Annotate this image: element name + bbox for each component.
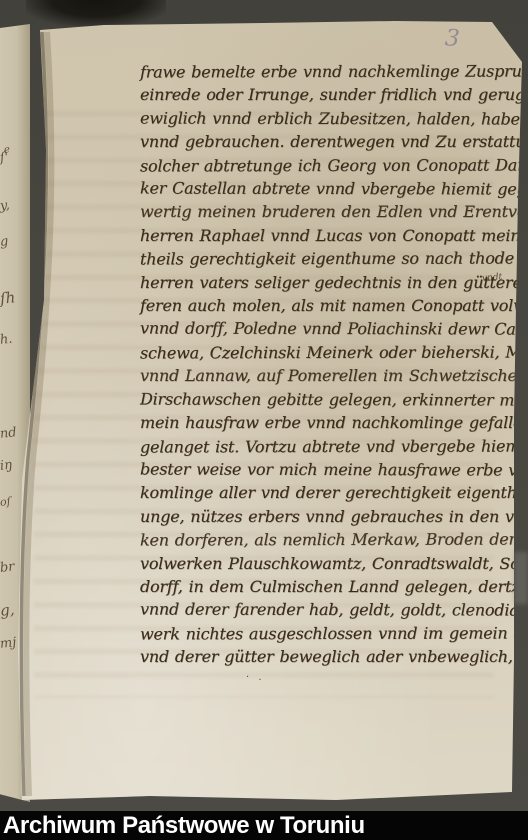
- manuscript-line: vnd derer gütter beweglich ader vnbewegl…: [140, 645, 514, 668]
- right-edge-highlight: [514, 552, 528, 604]
- margin-ink-fragment: e: [3, 143, 20, 157]
- manuscript-scan: ſ' y, g ſh h. nd iŋ oſ br g, mj e 3 fraw…: [0, 0, 528, 840]
- manuscript-line: dorff, in dem Culmischen Lannd gelegen, …: [140, 575, 514, 598]
- manuscript-line: volwerken Plauschkowamtz, Conradtswaldt,…: [140, 552, 514, 575]
- manuscript-line: ker Castellan abtrete vnnd vbergebe hiem…: [140, 177, 514, 201]
- manuscript-line: feren auch molen, als mit namen Conopatt…: [140, 294, 514, 317]
- manuscript-line: komlinge aller vnd derer gerechtigkeit e…: [140, 481, 514, 504]
- manuscript-line: solcher abtretunge ich Georg von Conopat…: [140, 153, 514, 177]
- margin-ink-fragment: oſ: [0, 495, 17, 509]
- manuscript-text: frawe bemelte erbe vnnd nachkemlinge Zus…: [140, 60, 514, 669]
- archive-banner: Archiwum Państwowe w Toruniu: [0, 811, 528, 840]
- page-number: 3: [444, 25, 470, 53]
- archive-name: Archiwum Państwowe w Toruniu: [0, 812, 365, 840]
- margin-ink-fragment: g: [0, 235, 17, 249]
- margin-ink-fragment: h.: [0, 333, 17, 347]
- manuscript-line: bester weise vor mich meine hausfrawe er…: [140, 457, 514, 481]
- manuscript-line: gelanget ist. Vortzu abtrete vnd vbergeb…: [140, 434, 514, 458]
- manuscript-line: ewiglich vnnd erblich Zubesitzen, halden…: [140, 106, 514, 130]
- manuscript-line: herren Raphael vnnd Lucas von Conopatt m…: [140, 224, 514, 247]
- manuscript-line: werk nichtes ausgeschlossen vnnd im geme…: [140, 621, 514, 645]
- manuscript-page: 3 frawe bemelte erbe vnnd nachkemlinge Z…: [14, 18, 528, 802]
- ink-dots: · .: [246, 672, 265, 683]
- binding-shadow: [26, 0, 166, 26]
- manuscript-line: vnnd derer farender hab, geldt, goldt, c…: [140, 598, 514, 622]
- manuscript-line: Dirschawschen gebitte gelegen, erkinnert…: [140, 387, 514, 411]
- margin-ink-fragment: y,: [0, 199, 17, 213]
- manuscript-line: frawe bemelte erbe vnnd nachkemlinge Zus…: [140, 60, 514, 84]
- margin-ink-fragment: br: [0, 561, 17, 575]
- manuscript-line: theils gerechtigkeit eigenthume so nach …: [140, 247, 514, 271]
- manuscript-line: schewa, Czelchinski Meinerk oder biehers…: [140, 340, 514, 364]
- manuscript-line: unge, nützes erbers vnnd gebrauches in d…: [140, 505, 514, 528]
- margin-ink-fragment: nd: [0, 427, 17, 441]
- manuscript-line: herren vaters seliger gedechtnis in den …: [140, 271, 514, 294]
- manuscript-line: vnnd Lannaw, auf Pomerellen im Schwetzis…: [140, 364, 514, 387]
- manuscript-line: einrede oder Irrunge, sunder fridlich vn…: [140, 83, 514, 106]
- manuscript-line: vnnd gebrauchen. derentwegen vnd Zu erst…: [140, 130, 514, 153]
- manuscript-line: vnnd dorff, Poledne vnnd Poliachinski de…: [140, 317, 514, 341]
- margin-ink-fragment: ſh: [0, 291, 17, 305]
- margin-ink-fragment: mj: [0, 637, 17, 651]
- margin-ink-fragment: iŋ: [0, 459, 17, 473]
- manuscript-line: wertig meinen bruderen den Edlen vnd Ere…: [140, 200, 514, 223]
- manuscript-line: mein hausfraw erbe vnnd nachkomlinge gef…: [140, 411, 514, 434]
- margin-ink-fragment: g,: [0, 603, 17, 617]
- manuscript-line: ken dorferen, als nemlich Merkaw, Broden…: [140, 528, 514, 552]
- interline-insertion: vndt: [482, 272, 503, 283]
